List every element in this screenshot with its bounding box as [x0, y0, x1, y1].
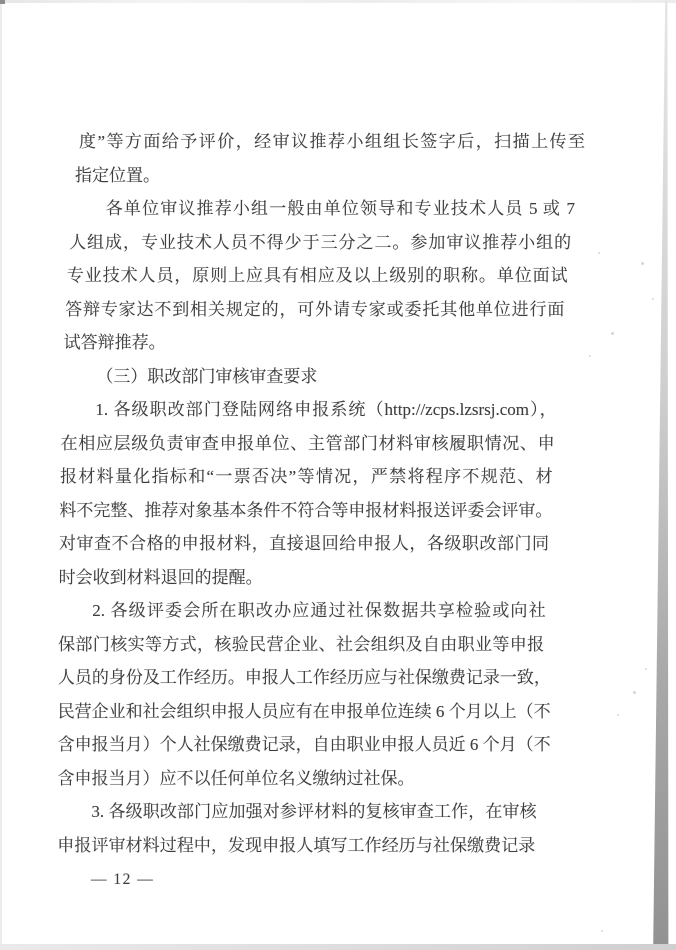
scan-edge-bottom: [0, 944, 676, 950]
text-line: 申报评审材料过程中，发现申报人填写工作经历与社保缴费记录: [57, 829, 535, 863]
scan-speckle: [598, 252, 600, 254]
scan-edge-top: [0, 0, 676, 3]
text-line: 报材料量化指标和“一票否决”等情况，严禁将程序不规范、材: [60, 460, 553, 494]
text-line: 专业技术人员，原则上应具有相应及以上级别的职称。单位面试: [67, 259, 568, 293]
text-line: 2. 各级评委会所在职改办应通过社保数据共享检验或向社: [58, 594, 545, 628]
text-line: 指定位置。: [75, 159, 580, 193]
text-line: 保部门核实等方式，核验民营企业、社会组织及自由职业等申报: [58, 628, 544, 662]
text-line: 含申报当月）个人社保缴费记录，自由职业申报人员近 6 个月（不: [58, 728, 540, 762]
scan-speckle: [641, 262, 644, 265]
scan-speckle: [617, 714, 619, 716]
text-line: 答辩专家达不到相关规定的，可外请专家或委托其他单位进行面: [65, 293, 564, 327]
text-line: 民营企业和社会组织申报人员应有在申报单位连续 6 个月以上（不: [58, 695, 541, 729]
scan-corner-artifact: [0, 0, 5, 4]
scanned-document-page: 度”等方面给予评价，经审议推荐小组组长签字后，扫描上传至指定位置。各单位审议推荐…: [0, 0, 676, 950]
text-line: 时会收到材料退回的提醒。: [59, 561, 548, 595]
text-line: 对审查不合格的申报材料，直接退回给申报人，各级职改部门同: [59, 527, 549, 561]
text-line: 试答辩推荐。: [64, 326, 562, 360]
text-line: 3. 各级职改部门应加强对参评材料的复核审查工作，在审核: [57, 795, 536, 829]
scan-speckle: [601, 930, 603, 932]
scan-speckle: [611, 332, 614, 335]
scan-speckle: [589, 355, 591, 357]
scan-edge-right-shadow: [650, 0, 670, 945]
scan-speckle: [652, 298, 654, 300]
text-line: 在相应层级负责审查申报单位、主管部门材料审核履职情况、申: [61, 427, 555, 461]
text-line: 1. 各级职改部门登陆网络申报系统（http://zcps.lzsrsj.com…: [61, 393, 556, 427]
scan-edge-left: [0, 0, 2, 950]
scan-speckle: [633, 691, 636, 694]
section-heading: （三）职改部门审核审查要求: [62, 360, 559, 394]
page-number: — 12 —: [91, 863, 154, 896]
text-line: 人组成，专业技术人员不得少于三分之二。参加审议推荐小组的: [69, 226, 571, 260]
text-line: 度”等方面给予评价，经审议推荐小组组长签字后，扫描上传至: [79, 125, 585, 159]
text-line: 人员的身份及工作经历。申报人工作经历应与社保缴费记录一致，: [58, 661, 543, 695]
text-line: 各单位审议推荐小组一般由单位领导和专业技术人员 5 或 7: [72, 192, 575, 226]
text-line: 料不完整、推荐对象基本条件不符合等申报材料报送评委会评审。: [59, 494, 550, 528]
scan-speckle: [645, 668, 647, 670]
text-line: 含申报当月）应不以任何单位名义缴纳过社保。: [58, 762, 539, 796]
